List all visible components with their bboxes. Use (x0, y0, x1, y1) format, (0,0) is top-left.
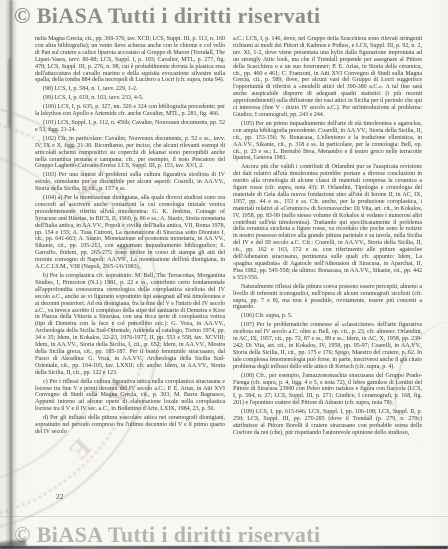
footnote-paragraph: (100) LCS, I, p. 635, p. 327, nn. 326 e … (35, 104, 225, 118)
footnote-paragraph: (105) Per un primo inquadramento dell'ar… (233, 121, 422, 162)
scanned-page: ES·DE © BiASA Tutti i diritti riservati … (0, 0, 448, 549)
copyright-watermark-top: © BiASA Tutti i diritti riservati (14, 3, 320, 29)
footnote-paragraph: (108) Cfr., per esempio, l'amazzonomachi… (233, 373, 422, 408)
footnote-paragraph: (102) Cfr. in particolare: Cavalier, Nou… (35, 136, 225, 171)
footnote-paragraph: b) Per la coroplastica cfr. soprattutto:… (35, 273, 225, 377)
scan-bottom-edge (0, 546, 448, 549)
footnote-paragraph: (98) LCS, I, p. 584, n. 1, tavv. 229, 1-… (35, 86, 225, 93)
footnote-paragraph: Naturalmente riflessi della pittura coev… (233, 284, 422, 312)
scan-artifact-line (0, 516, 448, 517)
footnote-paragraph: (104) a) Per la monetazione dionigiana, … (35, 195, 225, 271)
footnotes-column-right: a.C.: LCS, I, p. 146, dove, nel Gruppo d… (233, 36, 422, 493)
copyright-watermark-bottom: © BiASA Tutti i diritti riservati (14, 522, 320, 548)
footnote-paragraph: (106) Cfr. supra, p. 5. (233, 313, 422, 320)
scan-artifact-blot (8, 58, 11, 128)
footnote-paragraph: (101) LCS, Suppl. I, p. 112, n. 456b; Ca… (35, 120, 225, 134)
footnote-paragraph: (109) LCS, I, pp. 615-646; LCS, Suppl. I… (233, 409, 422, 437)
footnote-paragraph: d) Per gli influssi della pittura vascol… (35, 415, 225, 436)
footnote-paragraph: c) Per i riflessi della cultura figurati… (35, 379, 225, 414)
footnote-paragraph: Ancora più che validi i contributi di Or… (233, 164, 422, 281)
footnote-paragraph: (103) Per una sintesi di problemi sulla … (35, 172, 225, 193)
page-number: 22 (56, 492, 64, 501)
footnotes-column-left: nella Magna Grecia, cit., pp. 369-370, t… (35, 36, 225, 488)
footnote-paragraph: a.C.: LCS, I, p. 146, dove, nel Gruppo d… (233, 36, 422, 119)
footnote-paragraph: nella Magna Grecia, cit., pp. 369-370, t… (35, 36, 225, 84)
footnote-paragraph: (107) Per le problematiche connesse al «… (233, 322, 422, 370)
footnote-paragraph: (99) LCS, I, p. 619, n. 103, tavv. 233, … (35, 95, 225, 102)
